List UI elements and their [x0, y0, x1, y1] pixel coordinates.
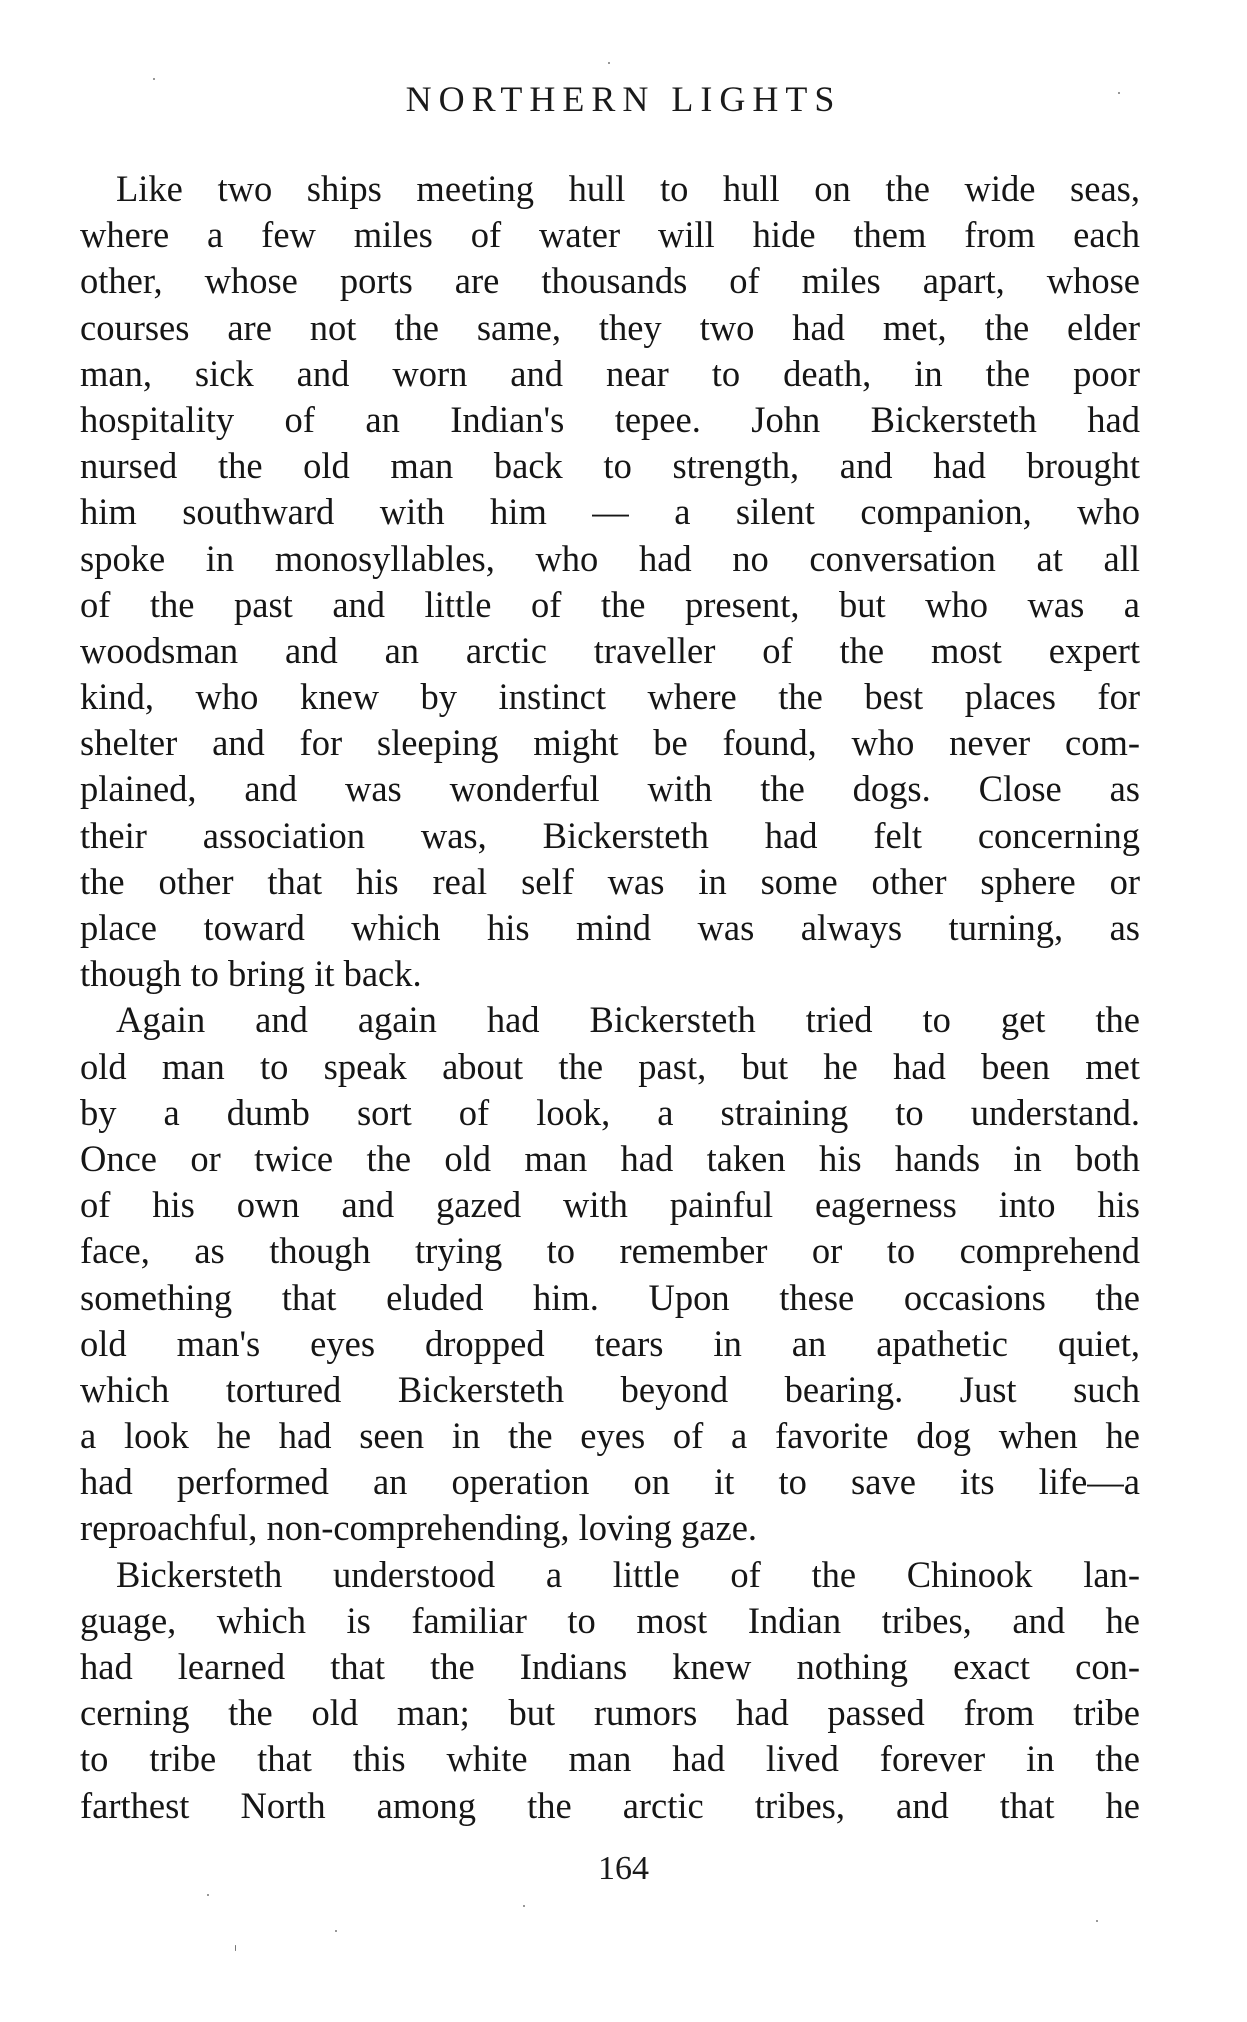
text-line: kind, who knew by instinct where the bes… [80, 674, 1140, 720]
text-line: Once or twice the old man had taken his … [80, 1136, 1140, 1182]
page-number: 164 [0, 1850, 1247, 1888]
running-head: NORTHERN LIGHTS [0, 78, 1247, 120]
scan-speck [523, 1905, 525, 1907]
text-line: woodsman and an arctic traveller of the … [80, 628, 1140, 674]
paragraph-3: Bickersteth understood a little of the C… [80, 1552, 1140, 1829]
text-line: of the past and little of the present, b… [80, 582, 1140, 628]
text-line: their association was, Bickersteth had f… [80, 813, 1140, 859]
text-line: to tribe that this white man had lived f… [80, 1736, 1140, 1782]
text-line: which tortured Bickersteth beyond bearin… [80, 1367, 1140, 1413]
scan-speck [608, 62, 610, 64]
text-line: other, whose ports are thousands of mile… [80, 258, 1140, 304]
text-line: hospitality of an Indian's tepee. John B… [80, 397, 1140, 443]
text-line: of his own and gazed with painful eagern… [80, 1182, 1140, 1228]
text-line: though to bring it back. [80, 951, 1140, 997]
text-line: reproachful, non-comprehending, loving g… [80, 1505, 1140, 1551]
book-page: NORTHERN LIGHTS Like two ships meeting h… [0, 0, 1247, 2022]
text-line: Like two ships meeting hull to hull on t… [80, 166, 1140, 212]
text-line: had learned that the Indians knew nothin… [80, 1644, 1140, 1690]
text-line: old man's eyes dropped tears in an apath… [80, 1321, 1140, 1367]
text-line: him southward with him — a silent compan… [80, 489, 1140, 535]
text-line: guage, which is familiar to most Indian … [80, 1598, 1140, 1644]
text-line: shelter and for sleeping might be found,… [80, 720, 1140, 766]
text-line: cerning the old man; but rumors had pass… [80, 1690, 1140, 1736]
scan-speck [235, 1945, 236, 1951]
scan-speck [1118, 92, 1120, 94]
scan-speck [335, 1930, 337, 1932]
scan-speck [153, 78, 155, 80]
paragraph-2: Again and again had Bickersteth tried to… [80, 997, 1140, 1551]
paragraph-1: Like two ships meeting hull to hull on t… [80, 166, 1140, 997]
text-line: spoke in monosyllables, who had no conve… [80, 536, 1140, 582]
text-line: a look he had seen in the eyes of a favo… [80, 1413, 1140, 1459]
text-line: man, sick and worn and near to death, in… [80, 351, 1140, 397]
text-line: old man to speak about the past, but he … [80, 1044, 1140, 1090]
text-line: where a few miles of water will hide the… [80, 212, 1140, 258]
text-line: place toward which his mind was always t… [80, 905, 1140, 951]
text-line: the other that his real self was in some… [80, 859, 1140, 905]
text-line: farthest North among the arctic tribes, … [80, 1783, 1140, 1829]
text-line: nursed the old man back to strength, and… [80, 443, 1140, 489]
text-line: something that eluded him. Upon these oc… [80, 1275, 1140, 1321]
text-line: plained, and was wonderful with the dogs… [80, 766, 1140, 812]
text-line: by a dumb sort of look, a straining to u… [80, 1090, 1140, 1136]
scan-speck [1096, 1920, 1098, 1922]
text-line: had performed an operation on it to save… [80, 1459, 1140, 1505]
text-line: Bickersteth understood a little of the C… [80, 1552, 1140, 1598]
body-text: Like two ships meeting hull to hull on t… [80, 166, 1140, 1829]
text-line: courses are not the same, they two had m… [80, 305, 1140, 351]
text-line: Again and again had Bickersteth tried to… [80, 997, 1140, 1043]
scan-speck [207, 1894, 209, 1896]
text-line: face, as though trying to remember or to… [80, 1228, 1140, 1274]
